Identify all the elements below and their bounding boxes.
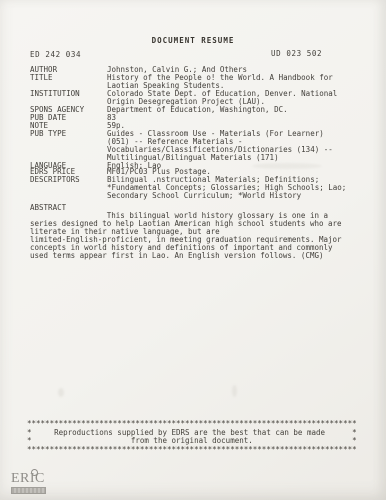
field-value: Colorado State Dept. of Education, Denve… bbox=[107, 90, 337, 106]
field-row-spons-agency: SPONS AGENCY Department of Education, Wa… bbox=[30, 106, 370, 114]
field-row-title: TITLE History of the People o! the World… bbox=[30, 74, 370, 90]
field-value: Department of Education, Washington, DC. bbox=[107, 106, 288, 114]
field-value: History of the People o! the World. A Ha… bbox=[107, 74, 333, 90]
field-row-pub-date: PUB DATE 83 bbox=[30, 114, 370, 122]
field-value: Guides - Classroom Use - Materials (For … bbox=[107, 130, 333, 162]
clearinghouse-number: UD 023 502 bbox=[271, 50, 322, 58]
scan-noise bbox=[232, 385, 237, 397]
field-label: INSTITUTION bbox=[30, 90, 107, 106]
page-title: DOCUMENT RESUME bbox=[0, 37, 386, 45]
eric-logo-text: ERIC bbox=[11, 471, 45, 486]
field-label: DESCRIPTORS bbox=[30, 176, 107, 200]
magnifier-icon bbox=[31, 469, 38, 476]
abstract-text: This bilingual world history glossary is… bbox=[30, 212, 342, 261]
field-label: PUB TYPE bbox=[30, 130, 107, 162]
document-resume-page: DOCUMENT RESUME ED 242 034 UD 023 502 AU… bbox=[0, 0, 386, 500]
bibliographic-fields: AUTHOR Johnston, Calvin G.; And Others T… bbox=[30, 66, 370, 170]
scan-noise bbox=[252, 163, 322, 169]
field-value: Bilingual .nstructional Materials; Defin… bbox=[107, 176, 346, 200]
field-row-descriptors: DESCRIPTORS Bilingual .nstructional Mate… bbox=[30, 176, 370, 200]
edrs-reproduction-notice: ****************************************… bbox=[27, 420, 357, 454]
eric-logo: ERIC bbox=[11, 472, 51, 494]
field-label: TITLE bbox=[30, 74, 107, 90]
field-row-pub-type: PUB TYPE Guides - Classroom Use - Materi… bbox=[30, 130, 370, 162]
field-row-institution: INSTITUTION Colorado State Dept. of Educ… bbox=[30, 90, 370, 106]
availability-fields: EDRS PRICE MF01/PC03 Plus Postage. DESCR… bbox=[30, 168, 370, 200]
eric-logo-bar bbox=[11, 487, 46, 494]
ed-accession-number: ED 242 034 bbox=[30, 51, 81, 59]
scan-noise bbox=[58, 388, 64, 397]
